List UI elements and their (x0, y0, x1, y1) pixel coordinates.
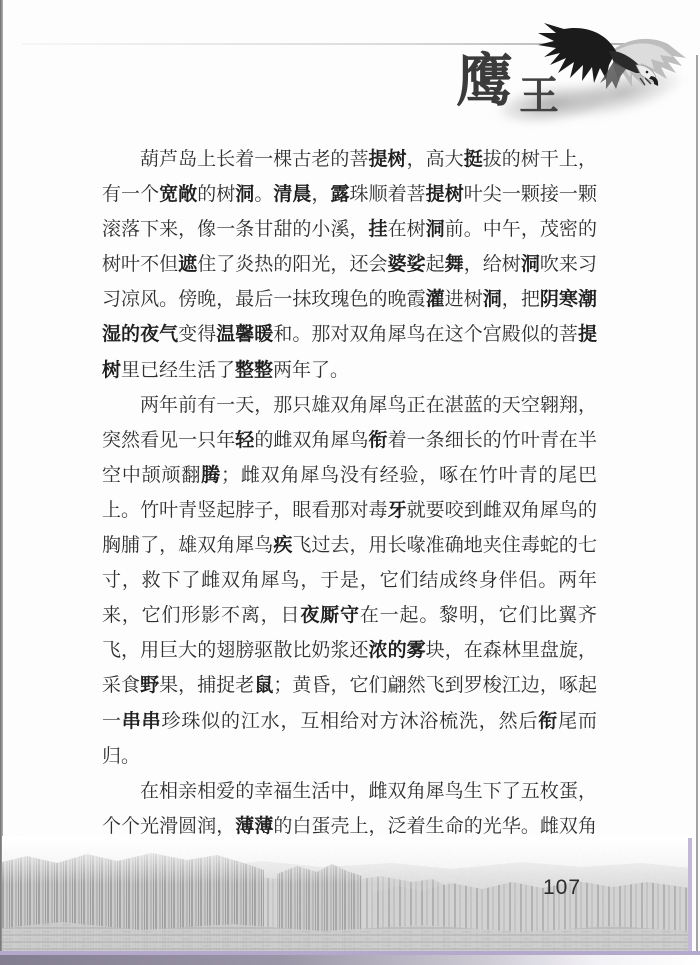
bottom-scan-strip (0, 955, 700, 965)
scan-edge-left (0, 0, 3, 965)
photo-frame-right (688, 838, 692, 955)
page-number: 107 (543, 877, 581, 899)
book-page: 鹰 王 葫芦岛上长着一棵古老的菩提树，高大挺拔的树干上，有一个宽敞的树洞。清晨，… (0, 0, 700, 965)
eagle-illustration-icon (536, 21, 686, 93)
story-text: 葫芦岛上长着一棵古老的菩提树，高大挺拔的树干上，有一个宽敞的树洞。清晨，露珠顺着… (102, 142, 597, 879)
scan-edge-right (696, 55, 698, 955)
paragraph-1: 葫芦岛上长着一棵古老的菩提树，高大挺拔的树干上，有一个宽敞的树洞。清晨，露珠顺着… (102, 142, 597, 388)
paragraph-2: 两年前有一天，那只雄双角犀鸟正在湛蓝的天空翱翔，突然看见一只年轻的雌双角犀鸟衔着… (102, 388, 597, 774)
chapter-title-main: 鹰 (456, 54, 513, 110)
canyon-photo (2, 836, 690, 955)
